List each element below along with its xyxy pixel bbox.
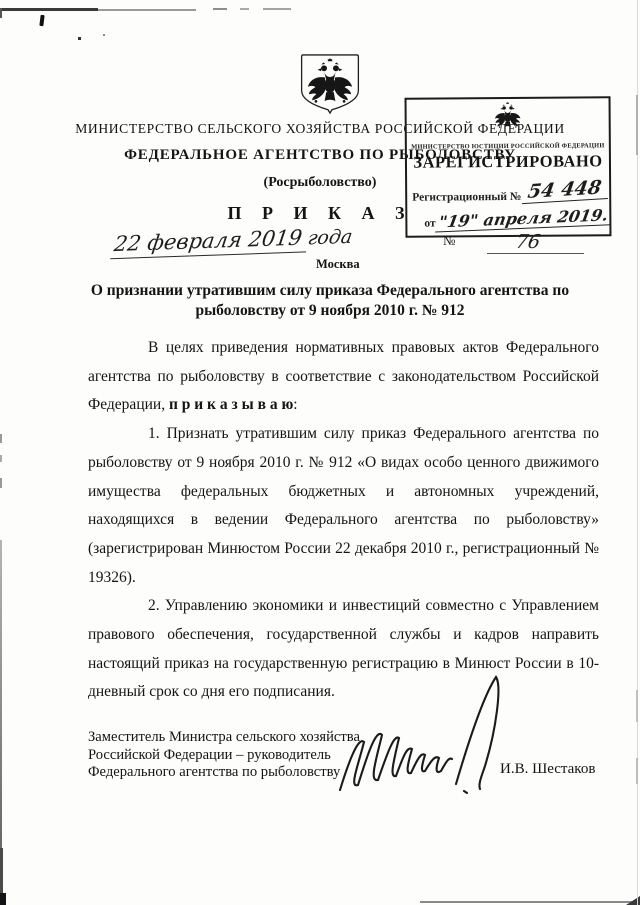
signer-position: Заместитель Министра сельского хозяйства…	[88, 729, 360, 782]
scan-artifact-left-bottom	[0, 848, 3, 905]
scan-artifact-left-dash	[0, 434, 2, 443]
russian-coat-of-arms-icon	[297, 52, 363, 116]
document-number-underline	[487, 253, 584, 254]
scan-artifact-right-dash	[636, 758, 638, 784]
scan-artifact-left-line	[0, 540, 2, 905]
city-label: Москва	[316, 257, 360, 272]
intro-paragraph-bold: п р и к а з ы в а ю	[169, 396, 293, 413]
stamp-ministry-text: МИНИСТЕРСТВО ЮСТИЦИИ РОССИЙСКОЙ ФЕДЕРАЦИ…	[407, 142, 609, 150]
document-number-label: №	[443, 233, 455, 249]
scan-artifact-top-line-faint	[98, 9, 196, 11]
handwritten-date: 22 февраля 2019года	[112, 224, 353, 259]
stamp-coat-of-arms-icon	[492, 102, 524, 132]
handwritten-date-suffix: года	[306, 226, 354, 250]
scanned-document-page: МИНИСТЕРСТВО СЕЛЬСКОГО ХОЗЯЙСТВА РОССИЙС…	[0, 0, 640, 905]
scan-artifact-bottom-right-corner	[626, 896, 640, 905]
order-title: О признании утратившим силу приказа Феде…	[65, 281, 595, 320]
order-body: В целях приведения нормативных правовых …	[88, 334, 599, 707]
stamp-date-handwritten: "19" апреля 2019.	[435, 205, 614, 232]
scan-artifact-top-dash	[240, 8, 249, 10]
stamp-registered-text: ЗАРЕГИСТРИРОВАНО	[407, 151, 609, 172]
document-number-handwritten: 76	[514, 231, 542, 253]
signer-position-line: Заместитель Министра сельского хозяйства	[88, 729, 360, 747]
signer-position-line: Российской Федерации – руководитель	[88, 747, 360, 765]
scan-artifact-right-dash	[636, 690, 638, 722]
scan-artifact-corner-tick	[0, 8, 2, 18]
scan-artifact-left-dash	[0, 455, 2, 462]
stamp-date-label: от	[424, 218, 435, 230]
stamp-registration-number-row: Регистрационный №54 448	[412, 182, 609, 206]
stamp-date-row: от"19" апреля 2019.	[424, 210, 611, 231]
scan-artifact-left-corner	[0, 893, 6, 905]
scan-artifact-top-dash	[213, 8, 227, 10]
scan-artifact-top-line	[0, 8, 98, 11]
stamp-reg-number-label: Регистрационный №	[412, 191, 521, 204]
signer-position-line: Федерального агентства по рыболовству	[88, 764, 360, 782]
order-item-1: 1. Признать утратившим силу приказ Федер…	[88, 420, 599, 592]
scan-artifact-dot	[78, 37, 81, 40]
ministry-of-justice-stamp: МИНИСТЕРСТВО ЮСТИЦИИ РОССИЙСКОЙ ФЕДЕРАЦИ…	[405, 96, 612, 237]
scan-artifact-dot	[103, 34, 105, 36]
intro-paragraph-colon: :	[293, 396, 297, 413]
scan-artifact-left-dash	[0, 478, 2, 488]
signer-name: И.В. Шестаков	[500, 761, 595, 778]
scan-artifact-mark	[39, 15, 44, 26]
handwritten-date-value: 22 февраля 2019	[110, 225, 310, 259]
scan-artifact-bottom-line	[420, 901, 640, 903]
intro-paragraph: В целях приведения нормативных правовых …	[88, 334, 599, 420]
scan-artifact-top-dash	[263, 8, 291, 10]
intro-paragraph-text: В целях приведения нормативных правовых …	[88, 339, 599, 413]
stamp-reg-number-handwritten: 54 448	[522, 176, 611, 204]
